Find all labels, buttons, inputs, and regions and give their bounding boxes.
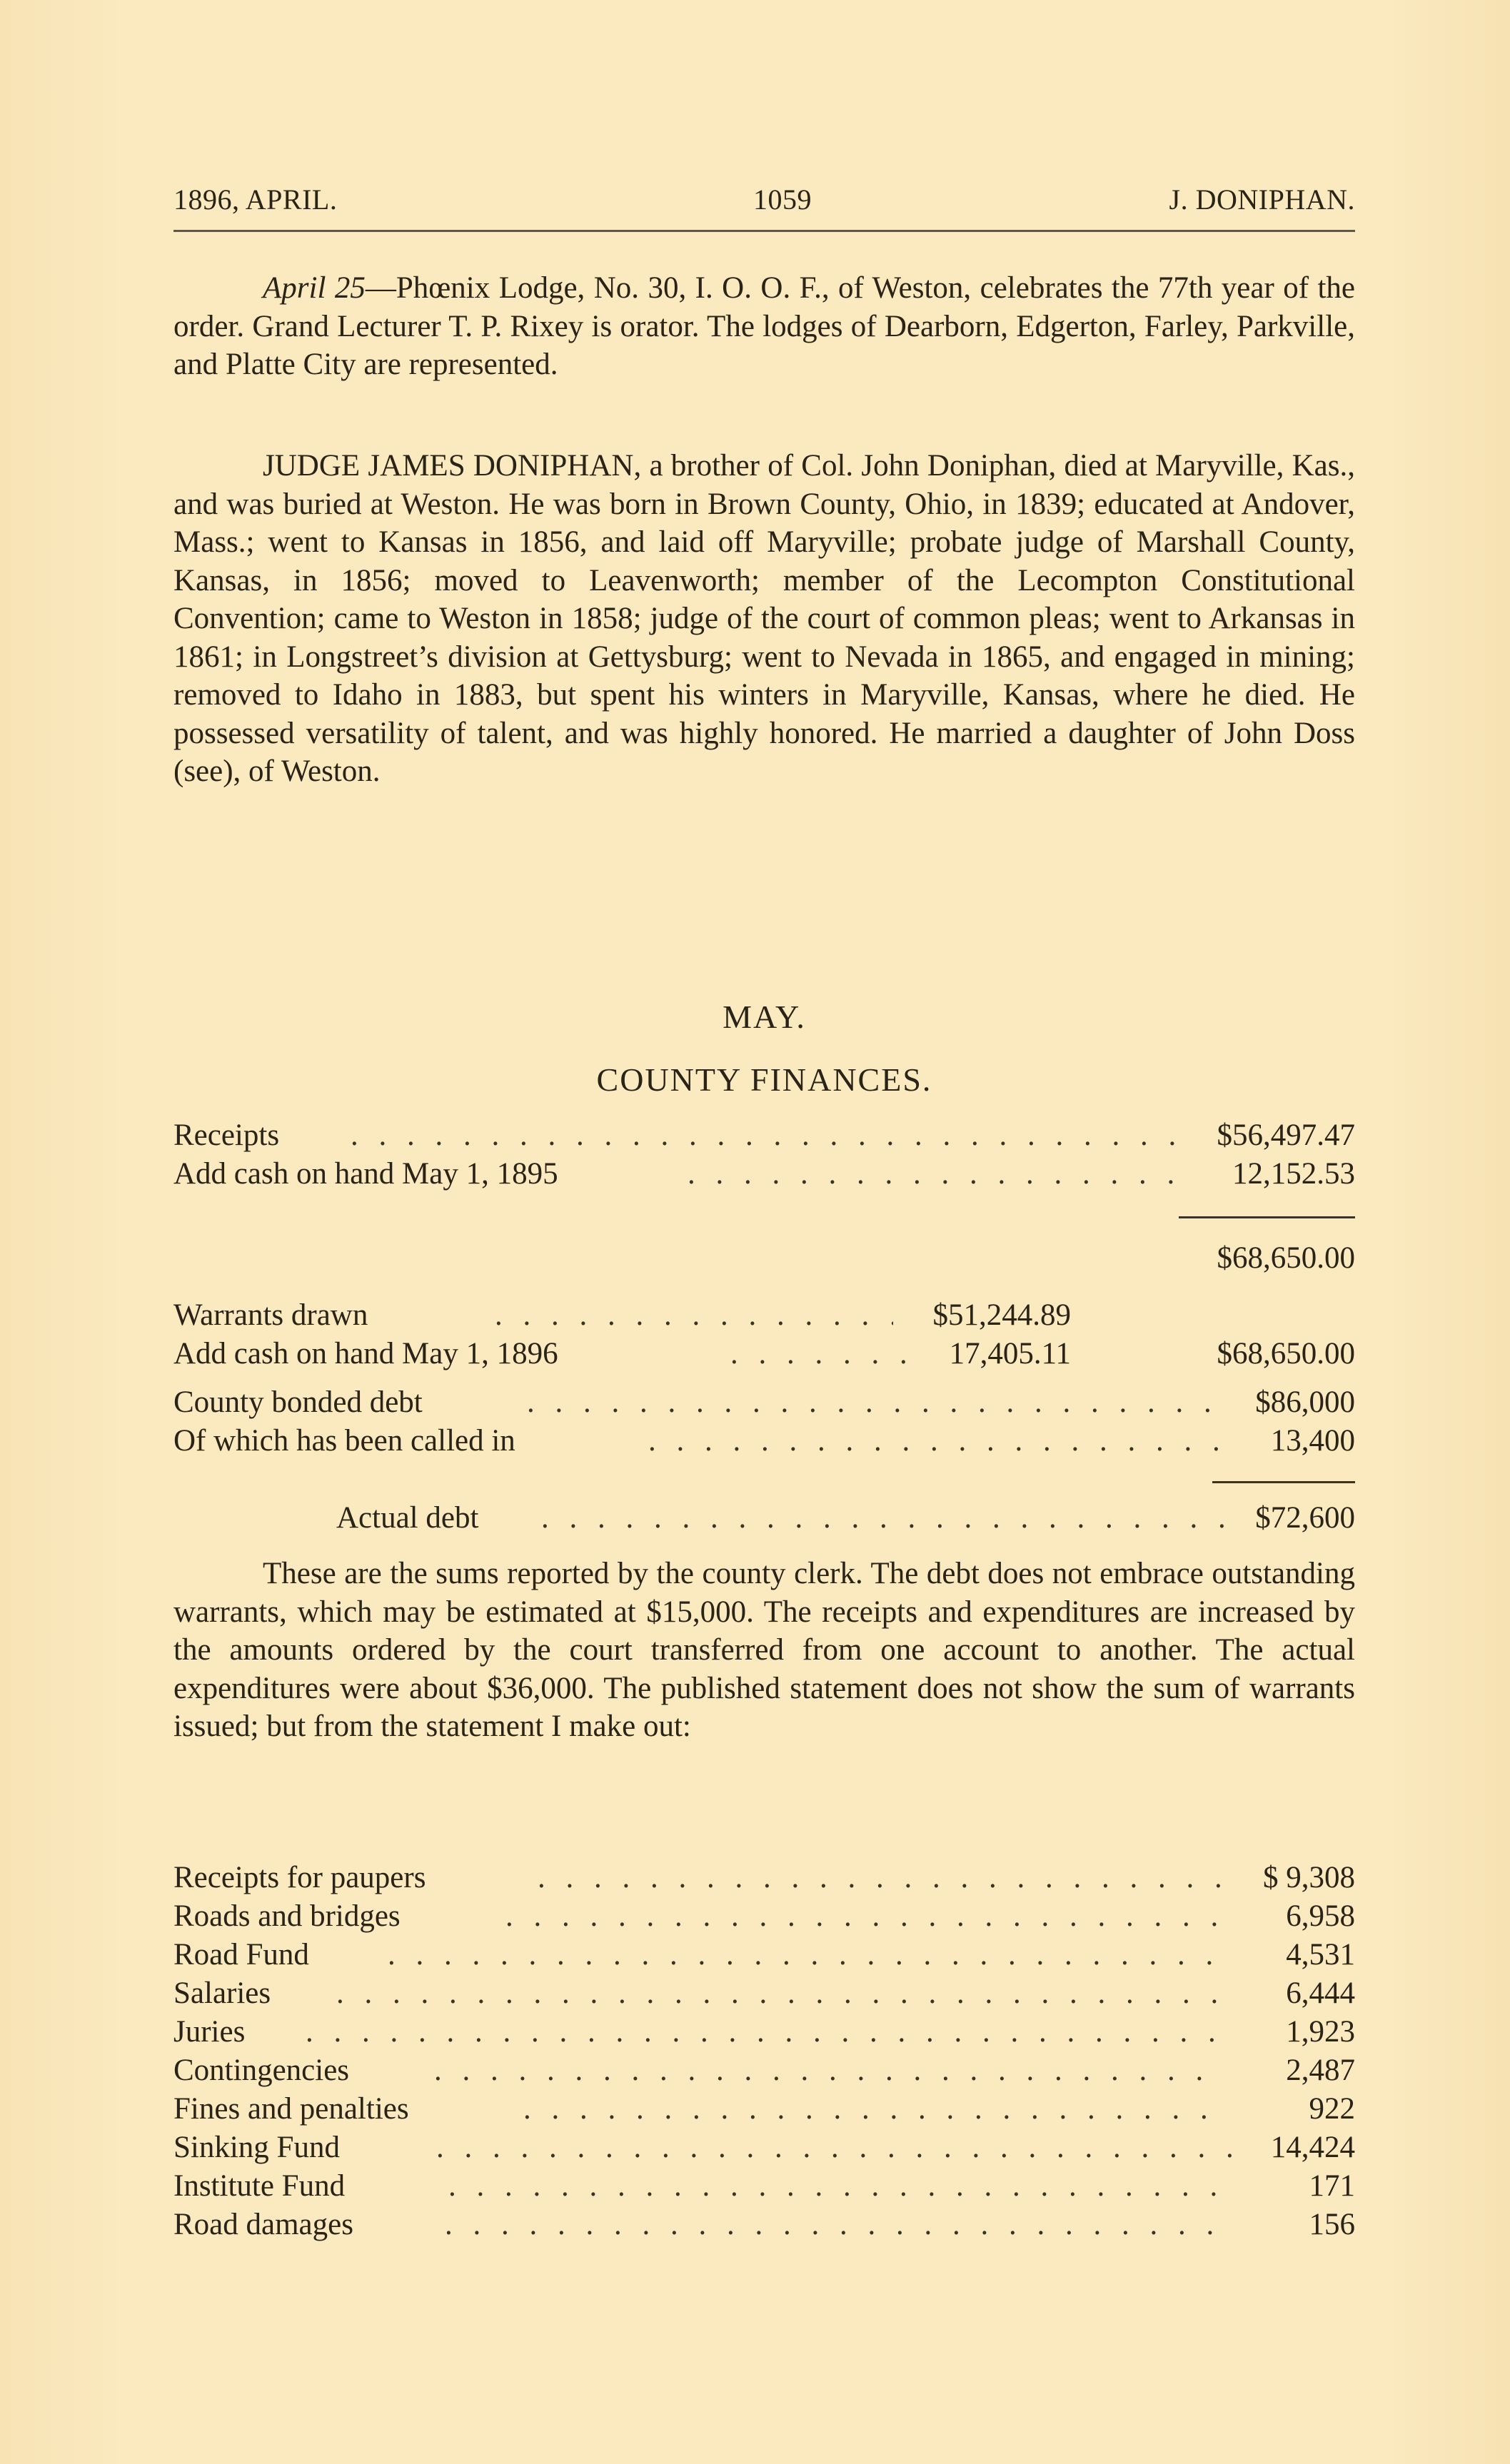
month-heading: MAY. (173, 998, 1355, 1036)
row-amount: 922 (1309, 2091, 1356, 2126)
expenditure-row: Receipts for paupers . . . . . . . . . .… (173, 1860, 1355, 1899)
row-label: Roads and bridges (173, 1899, 401, 1934)
entry-date: April 25 (263, 271, 366, 305)
row-amount: $68,650.00 (1169, 1241, 1355, 1276)
sum-rule (1179, 1216, 1355, 1218)
ledger-row-subtotal: $68,650.00 (173, 1241, 1355, 1279)
entry-name: JUDGE JAMES DONIPHAN (263, 449, 633, 483)
leader-dots: . . . . . . . . . . . . . . . . . . . . … (541, 1500, 1227, 1535)
row-amount: 4,531 (1286, 1937, 1355, 1972)
row-amount: 17,405.11 (950, 1336, 1071, 1371)
ledger-row-cash-1896: Add cash on hand May 1, 1896 . . . . . .… (173, 1336, 1355, 1375)
row-amount: $86,000 (1255, 1385, 1355, 1420)
entry-april-25: April 25—Phœnix Lodge, No. 30, I. O. O. … (173, 269, 1355, 384)
ledger-row-actual-debt: Actual debt . . . . . . . . . . . . . . … (173, 1500, 1355, 1539)
ledger-row-receipts: Receipts . . . . . . . . . . . . . . . .… (173, 1118, 1355, 1156)
leader-dots: . . . . . . . . . . . . . . . . . . . . … (527, 1385, 1234, 1420)
leader-dots: . . . . . . . . . . . . . . . . . . . . … (448, 2168, 1219, 2203)
row-label: Receipts (173, 1118, 279, 1153)
entry-text: , a brother of Col. John Doniphan, died … (173, 449, 1355, 788)
section-title: COUNTY FINANCES. (173, 1061, 1355, 1099)
ledger-row-called-in: Of which has been called in . . . . . . … (173, 1423, 1355, 1462)
expenditure-row: Sinking Fund . . . . . . . . . . . . . .… (173, 2130, 1355, 2168)
row-label: County bonded debt (173, 1385, 423, 1420)
leader-dots: . . . . . . . . . . . . . . . . . . . . … (351, 1118, 1182, 1153)
expenditure-row: Contingencies . . . . . . . . . . . . . … (173, 2053, 1355, 2091)
leader-dots: . . . . . . . . . . . . . . . . . . . . … (388, 1937, 1219, 1972)
leader-dots: . . . . . . . . . . . . . . . . . . . . … (538, 1860, 1230, 1895)
expenditure-row: Salaries . . . . . . . . . . . . . . . .… (173, 1976, 1355, 2014)
ledger-row-bonded-debt: County bonded debt . . . . . . . . . . .… (173, 1385, 1355, 1423)
leader-dots: . . . . . . . . . . . . . . . . . . . . … (445, 2207, 1219, 2242)
row-amount: $72,600 (1255, 1500, 1355, 1535)
leader-dots: . . . . . . . . . . . . . . . . . . . . … (434, 2053, 1219, 2088)
row-amount: 13,400 (1271, 1423, 1355, 1458)
row-label: Salaries (173, 1976, 271, 2011)
row-amount: 1,923 (1286, 2014, 1355, 2049)
expenditure-row: Road damages . . . . . . . . . . . . . .… (173, 2207, 1355, 2246)
header-date: 1896, APRIL. (173, 183, 337, 216)
ledger-row-warrants: Warrants drawn . . . . . . . . . . . . .… (173, 1298, 1355, 1336)
ledger-row-cash-1895: Add cash on hand May 1, 1895 . . . . . .… (173, 1156, 1355, 1195)
commentary-text: These are the sums reported by the count… (173, 1555, 1355, 1746)
row-label: Sinking Fund (173, 2130, 340, 2165)
leader-dots: . . . . . . . . . . . . . . . . . . . . … (306, 2014, 1219, 2049)
row-amount: $56,497.47 (1184, 1118, 1355, 1153)
row-label: Contingencies (173, 2053, 349, 2088)
row-amount: 6,958 (1286, 1899, 1355, 1934)
commentary-paragraph: These are the sums reported by the count… (173, 1555, 1355, 1746)
header-rule (173, 230, 1355, 232)
expenditure-row: Road Fund . . . . . . . . . . . . . . . … (173, 1937, 1355, 1976)
row-label: Warrants drawn (173, 1298, 368, 1333)
running-head: 1896, APRIL. 1059 J. DONIPHAN. (173, 183, 1355, 218)
row-amount: $ 9,308 (1263, 1860, 1355, 1895)
row-total: $68,650.00 (1217, 1336, 1356, 1371)
leader-dots: . . . . . . . . . . . . . . . . . . . . … (436, 2130, 1234, 2165)
leader-dots: . . . . . . . . . . . . . . . . . . . . … (730, 1336, 905, 1371)
leader-dots: . . . . . . . . . . . . . . . . . . . . … (688, 1156, 1187, 1191)
leader-dots: . . . . . . . . . . . . . . . . . . . . … (505, 1899, 1219, 1934)
row-amount: 12,152.53 (1191, 1156, 1355, 1191)
leader-dots: . . . . . . . . . . . . . . . . . . . . … (648, 1423, 1241, 1458)
row-label: Add cash on hand May 1, 1896 (173, 1336, 558, 1371)
row-label: Of which has been called in (173, 1423, 515, 1458)
row-label: Road Fund (173, 1937, 309, 1972)
entry-doniphan: JUDGE JAMES DONIPHAN, a brother of Col. … (173, 447, 1355, 791)
row-amount: 2,487 (1286, 2053, 1355, 2088)
row-label: Road damages (173, 2207, 353, 2242)
row-label: Fines and penalties (173, 2091, 409, 2126)
expenditure-row: Institute Fund . . . . . . . . . . . . .… (173, 2168, 1355, 2207)
sum-rule (1212, 1481, 1355, 1483)
row-amount: 156 (1309, 2207, 1356, 2242)
page-number: 1059 (753, 183, 812, 216)
expenditure-row: Roads and bridges . . . . . . . . . . . … (173, 1899, 1355, 1937)
header-subject: J. DONIPHAN. (1169, 183, 1355, 216)
row-label: Juries (173, 2014, 245, 2049)
row-label: Add cash on hand May 1, 1895 (173, 1156, 558, 1191)
leader-dots: . . . . . . . . . . . . . . . . . . . . … (523, 2091, 1219, 2126)
row-amount: 171 (1309, 2168, 1356, 2203)
expenditure-row: Fines and penalties . . . . . . . . . . … (173, 2091, 1355, 2130)
leader-dots: . . . . . . . . . . . . . . . . . . . . … (495, 1298, 893, 1333)
row-amount: $51,244.89 (933, 1298, 1072, 1333)
row-amount: 14,424 (1271, 2130, 1355, 2165)
row-label: Receipts for paupers (173, 1860, 426, 1895)
row-label: Institute Fund (173, 2168, 345, 2203)
leader-dots: . . . . . . . . . . . . . . . . . . . . … (336, 1976, 1219, 2011)
expenditure-row: Juries . . . . . . . . . . . . . . . . .… (173, 2014, 1355, 2053)
row-label: Actual debt (336, 1500, 478, 1535)
row-amount: 6,444 (1286, 1976, 1355, 2011)
